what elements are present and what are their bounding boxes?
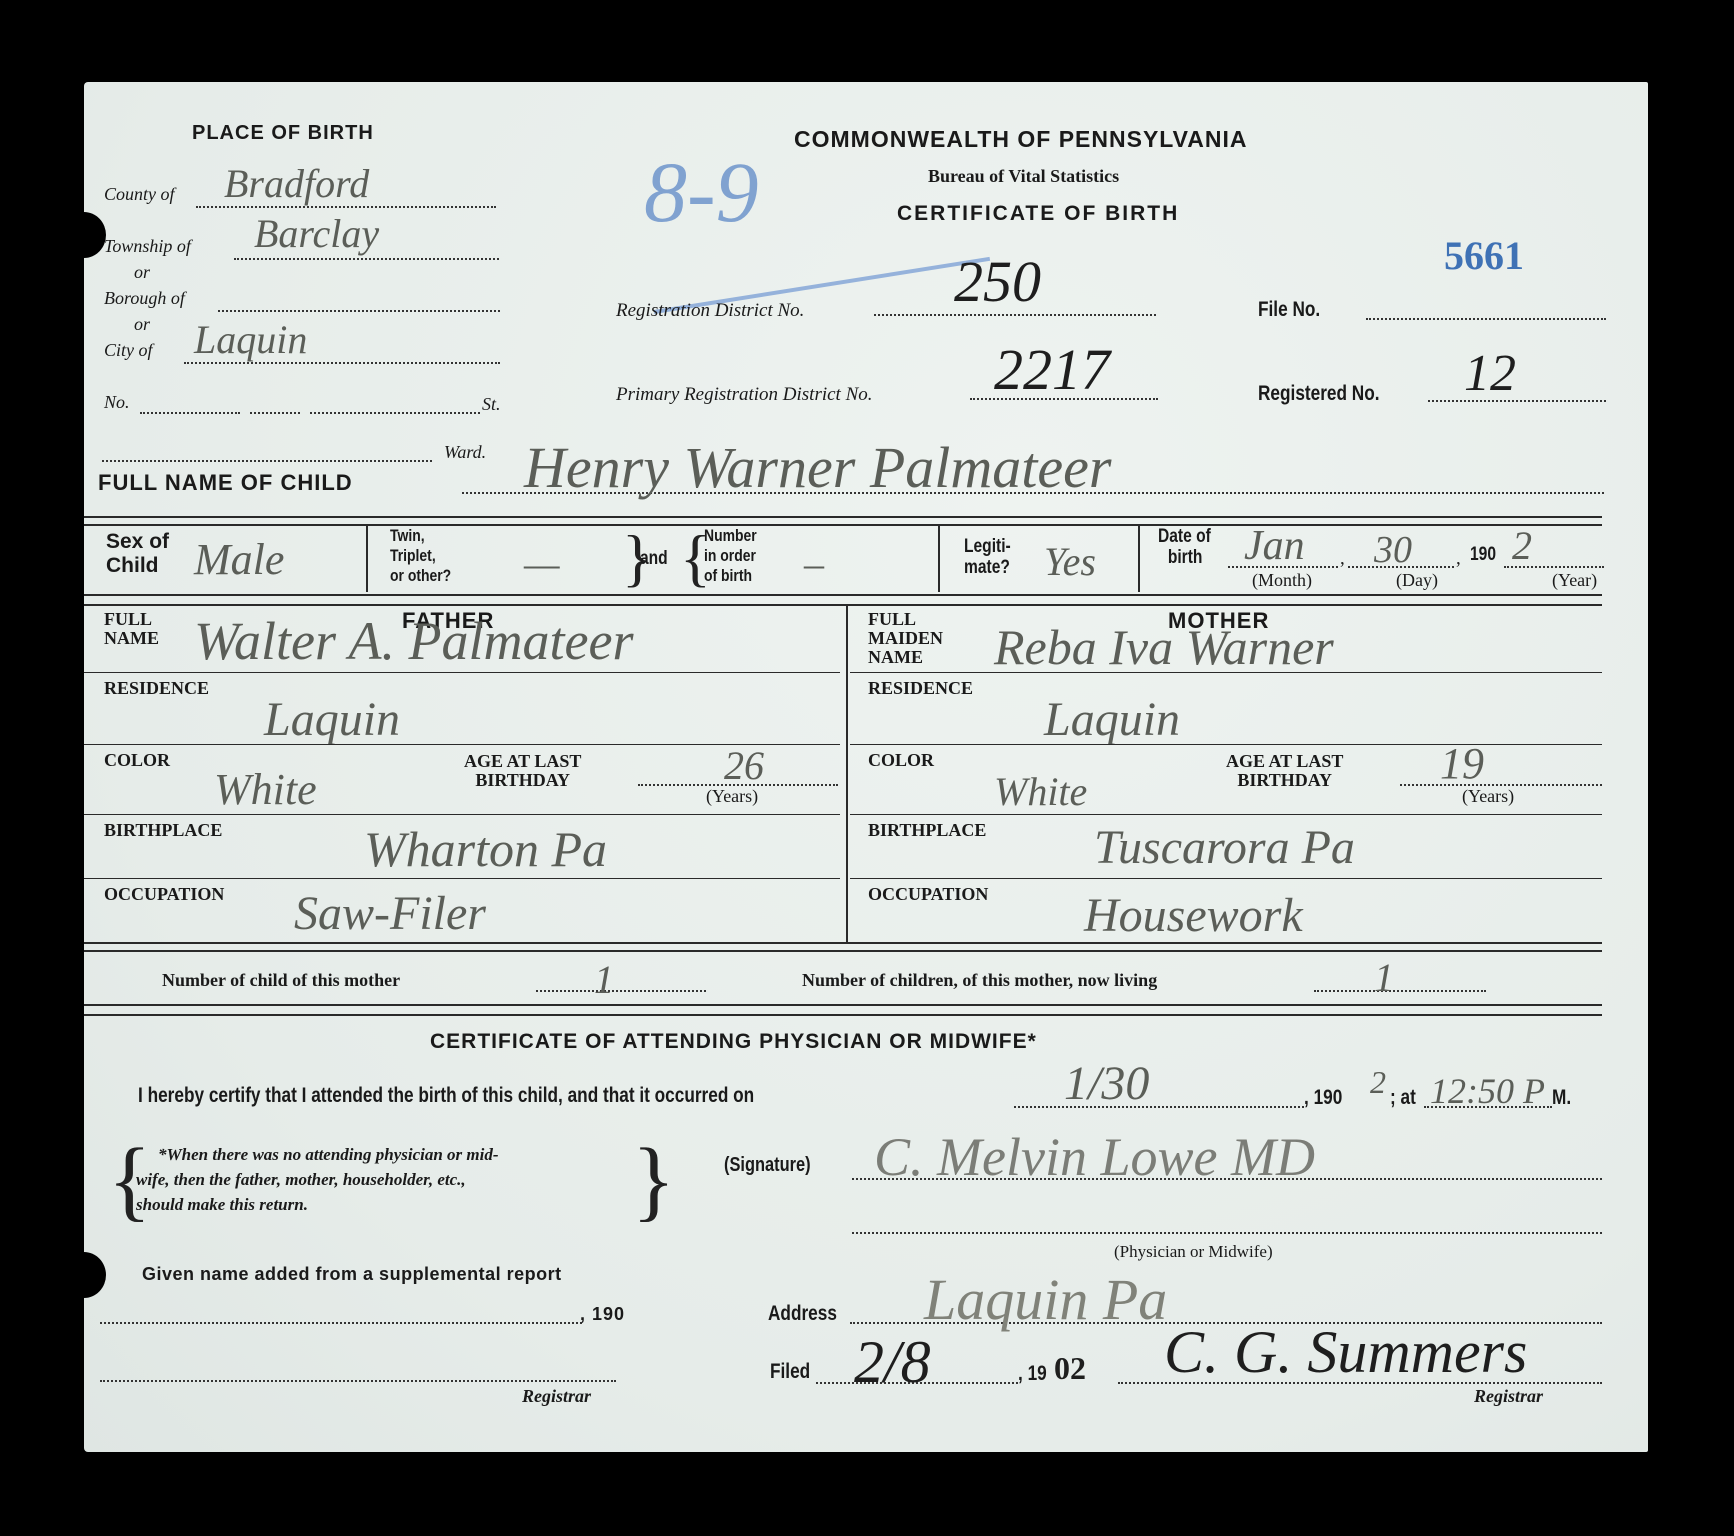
mother-age-value[interactable]: 19 (1440, 738, 1484, 789)
occurrence-date-value[interactable]: 1/30 (1064, 1056, 1149, 1111)
mother-color-label: COLOR (868, 750, 934, 771)
father-residence-label: RESIDENCE (104, 678, 209, 699)
county-value[interactable]: Bradford (224, 160, 369, 207)
father-name-label: FULL NAME (104, 610, 159, 648)
father-color-label: COLOR (104, 750, 170, 771)
mother-occupation-label: OCCUPATION (868, 884, 988, 905)
father-occupation-label: OCCUPATION (104, 884, 224, 905)
primary-district-label: Primary Registration District No. (616, 384, 873, 406)
registered-no-label: Registered No. (1258, 382, 1380, 406)
filed-year-value[interactable]: 02 (1054, 1350, 1086, 1387)
township-value[interactable]: Barclay (254, 210, 379, 257)
footnote-text: *When there was no attending physician o… (136, 1142, 499, 1217)
address-value[interactable]: Laquin Pa (924, 1266, 1167, 1333)
physician-role-caption: (Physician or Midwife) (1114, 1242, 1273, 1262)
or-label-1: or (134, 262, 150, 283)
street-no-label: No. (104, 392, 130, 413)
children-living-value[interactable]: 1 (1374, 954, 1394, 1001)
filed-year-prefix: , 19 (1018, 1362, 1047, 1386)
occurrence-time-value[interactable]: 12:50 P (1430, 1070, 1545, 1112)
father-birthplace-label: BIRTHPLACE (104, 820, 222, 841)
mother-birthplace-label: BIRTHPLACE (868, 820, 986, 841)
street-label: St. (482, 394, 501, 415)
mother-residence-label: RESIDENCE (868, 678, 973, 699)
physician-heading: CERTIFICATE OF ATTENDING PHYSICIAN OR MI… (430, 1030, 1037, 1054)
place-of-birth-heading: PLACE OF BIRTH (192, 122, 374, 145)
or-label-2: or (134, 314, 150, 335)
father-residence-value[interactable]: Laquin (264, 692, 400, 747)
mother-occupation-value[interactable]: Housework (1084, 888, 1303, 943)
day-caption: (Day) (1396, 570, 1438, 591)
birth-order-value[interactable]: – (804, 540, 824, 587)
sex-label: Sex of Child (106, 530, 169, 578)
dob-day-value[interactable]: 30 (1374, 528, 1412, 572)
registered-no-value[interactable]: 12 (1464, 344, 1516, 403)
father-occupation-value[interactable]: Saw-Filer (294, 886, 486, 941)
mother-name-label: FULL MAIDEN NAME (868, 610, 943, 667)
child-name-value[interactable]: Henry Warner Palmateer (524, 434, 1111, 501)
footnote-right-brace: } (632, 1136, 675, 1226)
twin-label: Twin, Triplet, or other? (390, 526, 451, 586)
registration-district-label: Registration District No. (616, 300, 804, 322)
occurrence-year-prefix: , 190 (1304, 1086, 1342, 1110)
dob-label: Date of birth (1158, 526, 1211, 568)
twin-value[interactable]: — (524, 540, 560, 587)
address-label: Address (768, 1302, 837, 1326)
supplemental-year-label: , 190 (580, 1304, 625, 1325)
children-living-label: Number of children, of this mother, now … (802, 970, 1157, 991)
blue-pencil-note: 8-9 (644, 142, 759, 242)
filed-date-value[interactable]: 2/8 (854, 1328, 931, 1397)
at-label: ; at (1390, 1086, 1416, 1110)
mother-name-value[interactable]: Reba Iva Warner (994, 618, 1334, 676)
filed-label: Filed (770, 1360, 810, 1384)
dob-year-prefix: 190 (1470, 544, 1496, 566)
county-label: County of (104, 184, 175, 205)
borough-label: Borough of (104, 288, 185, 309)
father-years-caption: (Years) (706, 786, 758, 807)
file-stamp-number: 5661 (1444, 232, 1524, 279)
city-value[interactable]: Laquin (194, 316, 307, 363)
child-name-label: FULL NAME OF CHILD (98, 470, 353, 496)
child-number-label: Number of child of this mother (162, 970, 400, 991)
legitimate-value[interactable]: Yes (1044, 538, 1096, 585)
ward-label: Ward. (444, 442, 486, 463)
supplemental-label: Given name added from a supplemental rep… (142, 1264, 562, 1285)
meridiem-label: M. (1552, 1086, 1571, 1110)
month-caption: (Month) (1252, 570, 1312, 591)
father-age-value[interactable]: 26 (724, 742, 764, 789)
occurrence-year-suffix-value[interactable]: 2 (1370, 1064, 1386, 1101)
filing-registrar-caption: Registrar (1474, 1386, 1543, 1407)
file-no-label: File No. (1258, 298, 1320, 322)
registrar-signature-value[interactable]: C. G. Summers (1164, 1318, 1527, 1387)
commonwealth-title: COMMONWEALTH OF PENNSYLVANIA (794, 126, 1247, 153)
mother-birthplace-value[interactable]: Tuscarora Pa (1094, 820, 1355, 875)
mother-years-caption: (Years) (1462, 786, 1514, 807)
physician-signature-value[interactable]: C. Melvin Lowe MD (874, 1126, 1315, 1188)
primary-district-value[interactable]: 2217 (994, 336, 1110, 403)
father-color-value[interactable]: White (214, 764, 317, 815)
father-age-label: AGE AT LAST BIRTHDAY (464, 752, 581, 790)
supplemental-registrar-caption: Registrar (522, 1386, 591, 1407)
certify-statement: I hereby certify that I attended the bir… (138, 1084, 754, 1108)
sex-value[interactable]: Male (194, 534, 284, 585)
dob-month-value[interactable]: Jan (1244, 522, 1305, 570)
child-number-value[interactable]: 1 (594, 956, 614, 1003)
birth-certificate-document: PLACE OF BIRTH County of Bradford Townsh… (84, 82, 1648, 1452)
punch-hole-bottom (62, 1252, 106, 1298)
township-label: Township of (104, 236, 191, 257)
and-label: and (640, 548, 668, 570)
year-caption: (Year) (1552, 570, 1597, 591)
mother-residence-value[interactable]: Laquin (1044, 692, 1180, 747)
father-birthplace-value[interactable]: Wharton Pa (364, 820, 607, 878)
dob-year-suffix-value[interactable]: 2 (1512, 522, 1532, 569)
father-name-value[interactable]: Walter A. Palmateer (194, 610, 633, 672)
certificate-title: CERTIFICATE OF BIRTH (897, 202, 1179, 226)
city-label: City of (104, 340, 153, 361)
registration-district-value[interactable]: 250 (954, 248, 1041, 315)
mother-color-value[interactable]: White (994, 768, 1087, 815)
legitimate-label: Legiti- mate? (964, 536, 1011, 578)
signature-label: (Signature) (724, 1154, 811, 1177)
punch-hole-top (62, 212, 106, 258)
birth-order-label: Number in order of birth (704, 526, 757, 586)
bureau-subtitle: Bureau of Vital Statistics (928, 166, 1119, 187)
mother-age-label: AGE AT LAST BIRTHDAY (1226, 752, 1343, 790)
